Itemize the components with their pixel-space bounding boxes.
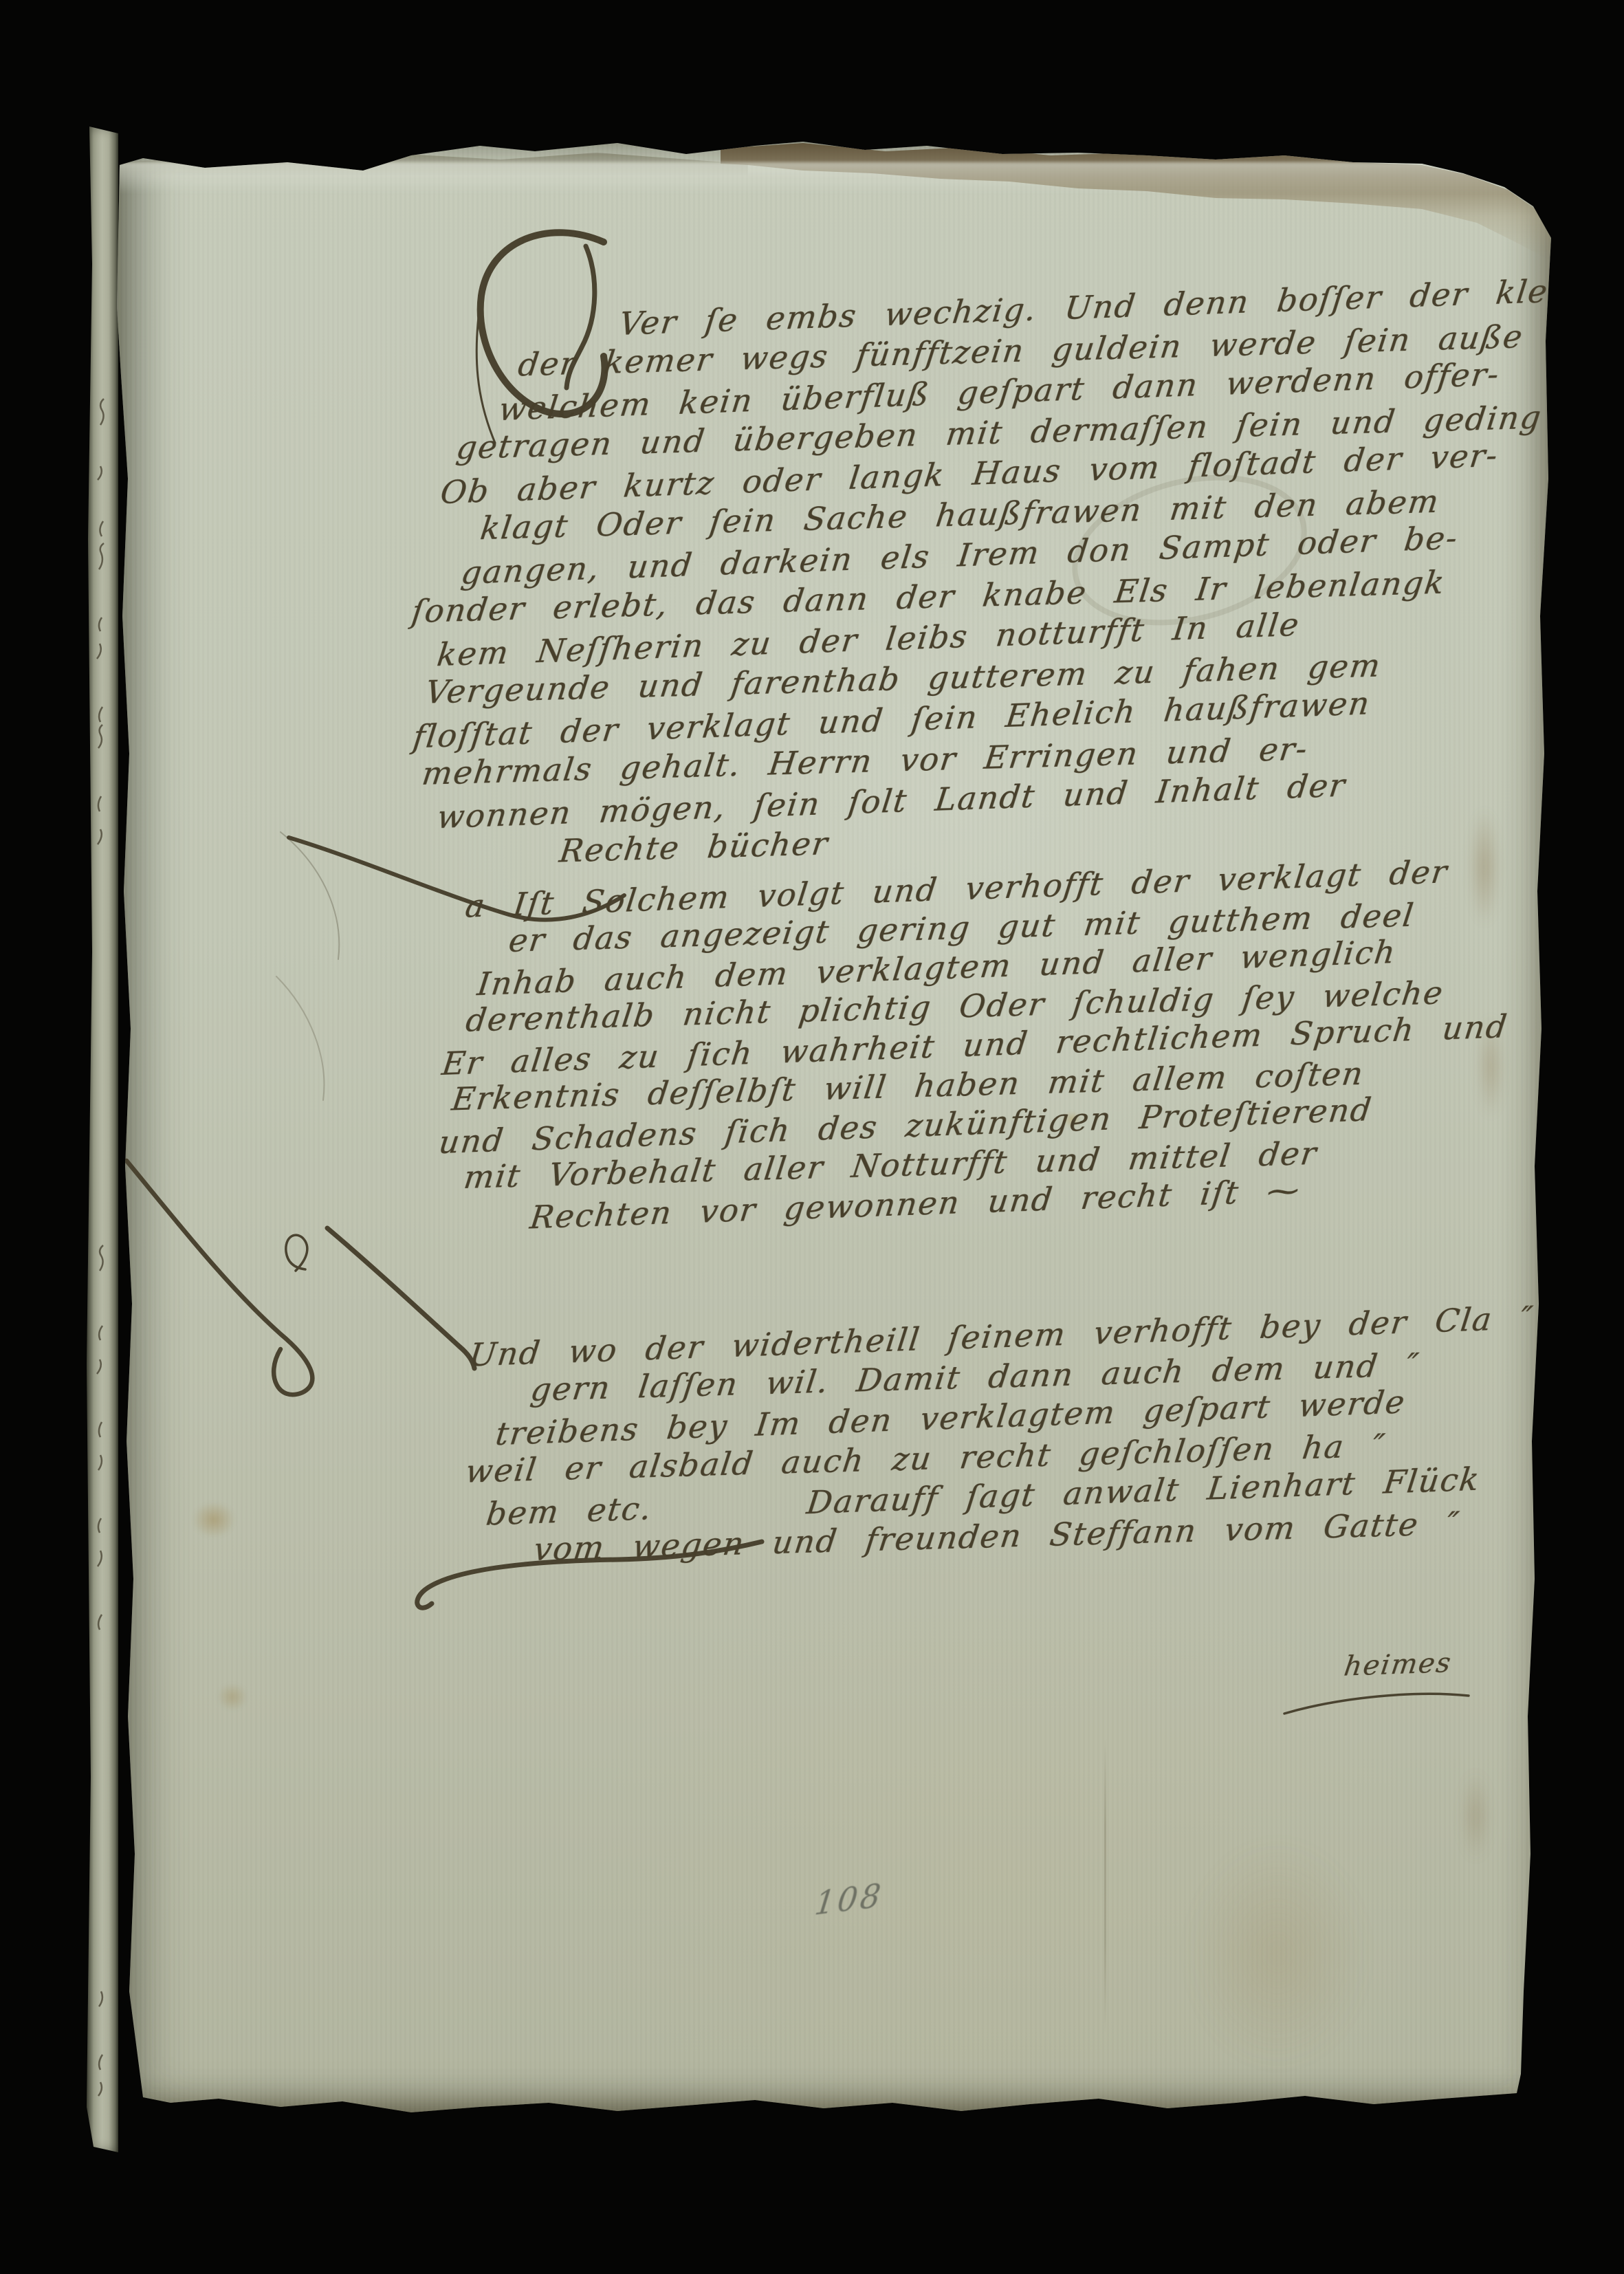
paragraph-1: Ver ſe embs wechzig. Und denn boſſer der…	[368, 274, 1512, 879]
margin-delta-mark	[286, 1235, 307, 1271]
paragraph-2: a Iſt Solchem volgt und verhofft der ver…	[395, 852, 1512, 1240]
margin-hairline-arc	[276, 976, 324, 1100]
margin-flourish-loop	[127, 1161, 312, 1395]
catchword-underline	[1284, 1694, 1469, 1714]
manuscript-page: Ver ſe embs wechzig. Und denn boſſer der…	[116, 135, 1552, 2114]
gutter-page-edge	[87, 127, 118, 2152]
paragraph-3: Und wo der widertheill ſeinem verhofft b…	[410, 1300, 1512, 1575]
catchword: heimes	[1342, 1647, 1454, 1683]
gutter-edge-ink-marks	[87, 127, 118, 2152]
scan-background: Ver ſe embs wechzig. Und denn boſſer der…	[0, 0, 1624, 2274]
